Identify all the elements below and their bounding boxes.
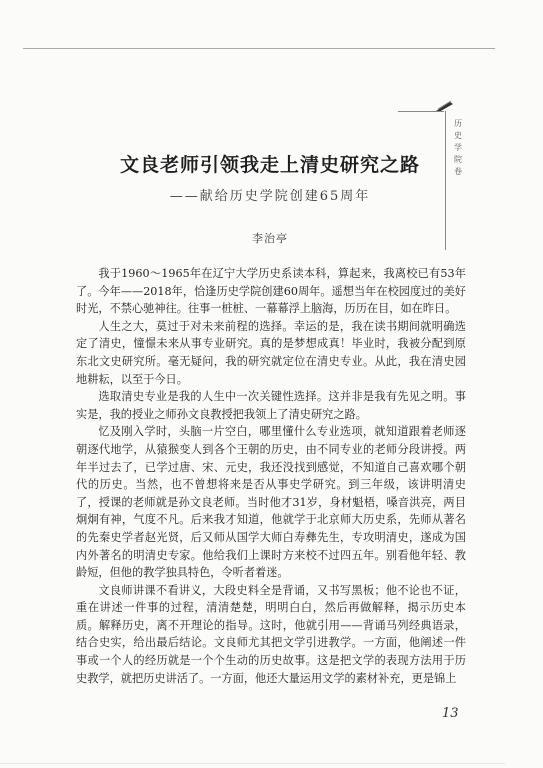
section-label-char: 历 xyxy=(451,118,465,130)
article-body: 我于1960～1965年在辽宁大学历史系读本科，算起来，我离校已有53年了。今年… xyxy=(76,265,466,687)
bottom-divider xyxy=(0,763,505,764)
section-label-char: 史 xyxy=(451,130,465,142)
paragraph: 人生之大，莫过于对未来前程的选择。幸运的是，我在读书期间就明确选定了清史，憧憬未… xyxy=(76,318,466,388)
page-number: 13 xyxy=(442,706,459,721)
paragraph: 我于1960～1965年在辽宁大学历史系读本科，算起来，我离校已有53年了。今年… xyxy=(76,265,466,318)
article-subtitle: ——献给历史学院创建65周年 xyxy=(80,185,460,204)
article-title: 文良老师引领我走上清史研究之路 xyxy=(80,150,460,177)
paragraph: 文良师讲课不看讲义，大段史料全是背诵，又书写黑板；他不论也不证，重在讲述一件事的… xyxy=(76,582,466,688)
paragraph: 忆及刚入学时，头脑一片空白，哪里懂什么专业选项，就知道跟着老师逐朝逐代地学，从猿… xyxy=(76,423,466,581)
paragraph: 选取清史专业是我的人生中一次关键性选择。这并非是我有先见之明。事实是，我的授业之… xyxy=(76,388,466,423)
article-author: 李治亭 xyxy=(80,230,460,246)
top-divider xyxy=(23,48,495,49)
decorative-corner-hline xyxy=(398,111,444,112)
